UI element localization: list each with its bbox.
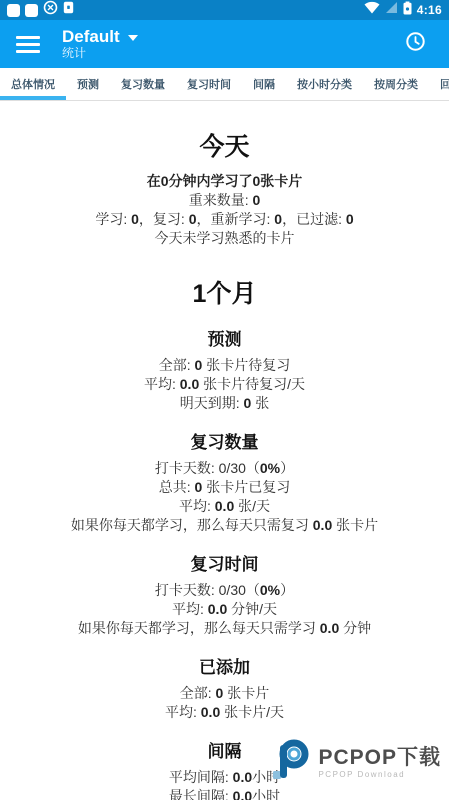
stat-line: 平均: 0.0 张/天 <box>0 497 449 516</box>
tab-answer-buttons[interactable]: 回答按钮 <box>429 68 449 100</box>
time-range-button[interactable] <box>397 26 433 62</box>
stat-line: 总共: 0 张卡片已复习 <box>0 478 449 497</box>
status-bar: 4:16 <box>0 0 449 20</box>
tab-overview[interactable]: 总体情况 <box>0 68 66 100</box>
status-bar-clock: 4:16 <box>417 3 442 17</box>
stats-content: 今天在0分钟内学习了0张卡片重来数量: 0学习: 0，复习: 0，重新学习: 0… <box>0 127 449 800</box>
stat-line: 打卡天数: 0/30（0%） <box>0 459 449 478</box>
page-subtitle: 统计 <box>62 47 138 61</box>
signal-icon <box>385 1 398 19</box>
stat-line: 全部: 0 张卡片 <box>0 684 449 703</box>
tab-review-time[interactable]: 复习时间 <box>176 68 242 100</box>
watermark-subtitle: PCPOP Download <box>318 771 441 779</box>
section-heading: 复习数量 <box>0 428 449 453</box>
wifi-icon <box>364 1 380 19</box>
clock-icon <box>405 31 426 57</box>
notification-square-icon <box>25 4 38 17</box>
stat-line: 重来数量: 0 <box>0 191 449 210</box>
deck-selector[interactable]: Default 统计 <box>62 27 138 61</box>
section-heading: 已添加 <box>0 653 449 678</box>
status-bar-indicators: 4:16 <box>364 1 442 20</box>
stat-line: 明天到期: 0 张 <box>0 394 449 413</box>
stat-line: 全部: 0 张卡片待复习 <box>0 356 449 375</box>
watermark-title: PCPOP下载 <box>318 747 441 768</box>
section-heading: 复习时间 <box>0 550 449 575</box>
stat-line: 打卡天数: 0/30（0%） <box>0 581 449 600</box>
battery-icon <box>403 1 412 20</box>
notification-square-icon <box>7 4 20 17</box>
stat-line: 学习: 0，复习: 0，重新学习: 0，已过滤: 0 <box>0 210 449 229</box>
stat-line: 如果你每天都学习，那么每天只需学习 0.0 分钟 <box>0 619 449 638</box>
deck-title[interactable]: Default <box>62 27 120 47</box>
stat-line: 平均: 0.0 张卡片待复习/天 <box>0 375 449 394</box>
tab-intervals[interactable]: 间隔 <box>242 68 286 100</box>
dropdown-caret-icon <box>128 35 138 41</box>
menu-icon[interactable] <box>16 36 40 53</box>
section-heading: 1个月 <box>0 274 449 310</box>
tab-bar: 总体情况预测复习数量复习时间间隔按小时分类按周分类回答按钮 <box>0 68 449 101</box>
app-bar: Default 统计 <box>0 20 449 68</box>
tab-forecast[interactable]: 预测 <box>66 68 110 100</box>
tab-review-count[interactable]: 复习数量 <box>110 68 176 100</box>
section-heading: 今天 <box>0 127 449 163</box>
section-heading: 预测 <box>0 325 449 350</box>
stat-line: 平均: 0.0 张卡片/天 <box>0 703 449 722</box>
stat-line: 平均: 0.0 分钟/天 <box>0 600 449 619</box>
tab-weekly-breakdown[interactable]: 按周分类 <box>363 68 429 100</box>
stat-line: 在0分钟内学习了0张卡片 <box>0 172 449 191</box>
pcpop-p-logo-icon <box>270 737 312 788</box>
stat-line: 最长间隔: 0.0小时 <box>0 787 449 800</box>
tab-hourly-breakdown[interactable]: 按小时分类 <box>286 68 363 100</box>
alarm-off-icon <box>43 0 58 20</box>
screen: 4:16 Default 统计 总体情况预测复习数量复习时间间隔按小时分类按周分… <box>0 0 449 800</box>
stat-line: 如果你每天都学习，那么每天只需复习 0.0 张卡片 <box>0 516 449 535</box>
watermark-text: PCPOP下载 PCPOP Download <box>318 747 441 779</box>
status-bar-notifications <box>7 0 364 20</box>
sim-card-icon <box>63 1 74 19</box>
stat-line: 今天未学习熟悉的卡片 <box>0 229 449 248</box>
watermark: PCPOP下载 PCPOP Download <box>270 737 441 788</box>
